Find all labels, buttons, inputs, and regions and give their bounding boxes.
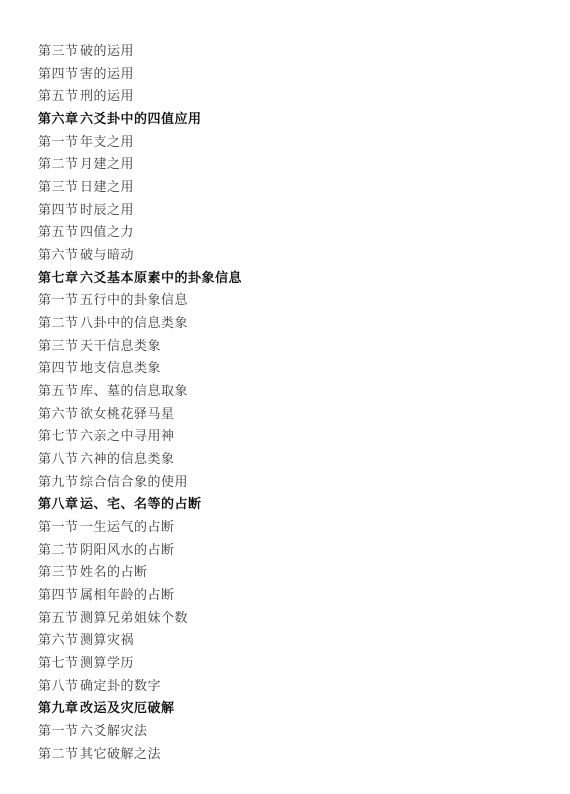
chapter-title: 六爻卦中的四值应用: [80, 108, 202, 127]
toc-section: 第二节八卦中的信息类象: [38, 310, 242, 333]
section-number: 第二节: [38, 312, 80, 331]
toc-chapter: 第六章六爻卦中的四值应用: [38, 106, 242, 129]
section-number: 第三节: [38, 561, 80, 580]
section-title: 综合信合象的使用: [80, 471, 188, 490]
toc-section: 第二节其它破解之法: [38, 741, 242, 764]
section-title: 姓名的占断: [80, 561, 148, 580]
section-number: 第一节: [38, 720, 80, 739]
section-title: 欲女桃花驿马星: [80, 403, 175, 422]
section-number: 第四节: [38, 199, 80, 218]
section-number: 第五节: [38, 607, 80, 626]
toc-section: 第一节五行中的卦象信息: [38, 287, 242, 310]
toc-section: 第一节一生运气的占断: [38, 514, 242, 537]
toc-section: 第八节六神的信息类象: [38, 446, 242, 469]
section-title: 破的运用: [80, 40, 134, 59]
section-title: 库、墓的信息取象: [80, 380, 188, 399]
toc-section: 第七节六亲之中寻用神: [38, 423, 242, 446]
section-title: 六神的信息类象: [80, 448, 175, 467]
toc-section: 第五节刑的运用: [38, 83, 242, 106]
toc-section: 第九节综合信合象的使用: [38, 469, 242, 492]
toc-section: 第五节测算兄弟姐妹个数: [38, 605, 242, 628]
section-number: 第六节: [38, 244, 80, 263]
chapter-number: 第九章: [38, 697, 80, 716]
section-number: 第八节: [38, 675, 80, 694]
toc-section: 第六节测算灾祸: [38, 627, 242, 650]
chapter-number: 第八章: [38, 493, 80, 512]
section-title: 破与暗动: [80, 244, 134, 263]
toc-section: 第八节确定卦的数字: [38, 673, 242, 696]
toc-section: 第一节六爻解灾法: [38, 718, 242, 741]
section-number: 第六节: [38, 403, 80, 422]
chapter-number: 第六章: [38, 108, 80, 127]
section-number: 第一节: [38, 289, 80, 308]
section-title: 六亲之中寻用神: [80, 425, 175, 444]
section-title: 月建之用: [80, 153, 134, 172]
chapter-title: 改运及灾厄破解: [80, 697, 175, 716]
section-title: 日建之用: [80, 176, 134, 195]
section-number: 第七节: [38, 652, 80, 671]
section-number: 第八节: [38, 448, 80, 467]
toc-section: 第三节破的运用: [38, 38, 242, 61]
toc-section: 第六节破与暗动: [38, 242, 242, 265]
section-title: 测算灾祸: [80, 629, 134, 648]
section-title: 四值之力: [80, 221, 134, 240]
section-title: 阴阳风水的占断: [80, 539, 175, 558]
section-title: 六爻解灾法: [80, 720, 148, 739]
section-number: 第五节: [38, 380, 80, 399]
chapter-title: 运、宅、名等的占断: [80, 493, 202, 512]
toc-chapter: 第七章六爻基本原素中的卦象信息: [38, 265, 242, 288]
section-number: 第一节: [38, 131, 80, 150]
section-number: 第四节: [38, 63, 80, 82]
section-title: 一生运气的占断: [80, 516, 175, 535]
toc-section: 第三节日建之用: [38, 174, 242, 197]
section-number: 第五节: [38, 85, 80, 104]
section-number: 第二节: [38, 539, 80, 558]
section-number: 第六节: [38, 629, 80, 648]
section-number: 第九节: [38, 471, 80, 490]
section-title: 测算学历: [80, 652, 134, 671]
section-title: 害的运用: [80, 63, 134, 82]
section-title: 其它破解之法: [80, 743, 161, 762]
toc-section: 第二节月建之用: [38, 151, 242, 174]
section-title: 测算兄弟姐妹个数: [80, 607, 188, 626]
toc-section: 第三节姓名的占断: [38, 559, 242, 582]
section-title: 天干信息类象: [80, 335, 161, 354]
section-number: 第七节: [38, 425, 80, 444]
chapter-number: 第七章: [38, 267, 80, 286]
section-title: 八卦中的信息类象: [80, 312, 188, 331]
section-number: 第三节: [38, 40, 80, 59]
section-title: 属相年龄的占断: [80, 584, 175, 603]
toc-chapter: 第八章运、宅、名等的占断: [38, 491, 242, 514]
section-number: 第三节: [38, 335, 80, 354]
section-number: 第三节: [38, 176, 80, 195]
toc-section: 第六节欲女桃花驿马星: [38, 401, 242, 424]
toc-section: 第三节天干信息类象: [38, 333, 242, 356]
section-title: 刑的运用: [80, 85, 134, 104]
table-of-contents: 第三节破的运用 第四节害的运用 第五节刑的运用 第六章六爻卦中的四值应用 第一节…: [38, 38, 242, 764]
section-title: 五行中的卦象信息: [80, 289, 188, 308]
section-number: 第二节: [38, 153, 80, 172]
section-number: 第二节: [38, 743, 80, 762]
toc-section: 第四节属相年龄的占断: [38, 582, 242, 605]
toc-section: 第五节库、墓的信息取象: [38, 378, 242, 401]
section-title: 时辰之用: [80, 199, 134, 218]
section-number: 第五节: [38, 221, 80, 240]
toc-section: 第四节害的运用: [38, 61, 242, 84]
section-title: 地支信息类象: [80, 357, 161, 376]
section-number: 第四节: [38, 357, 80, 376]
toc-section: 第四节时辰之用: [38, 197, 242, 220]
toc-section: 第四节地支信息类象: [38, 355, 242, 378]
toc-section: 第二节阴阳风水的占断: [38, 537, 242, 560]
section-number: 第一节: [38, 516, 80, 535]
toc-section: 第五节四值之力: [38, 219, 242, 242]
section-number: 第四节: [38, 584, 80, 603]
chapter-title: 六爻基本原素中的卦象信息: [80, 267, 242, 286]
section-title: 确定卦的数字: [80, 675, 161, 694]
toc-section: 第一节年支之用: [38, 129, 242, 152]
section-title: 年支之用: [80, 131, 134, 150]
toc-section: 第七节测算学历: [38, 650, 242, 673]
toc-chapter: 第九章改运及灾厄破解: [38, 695, 242, 718]
